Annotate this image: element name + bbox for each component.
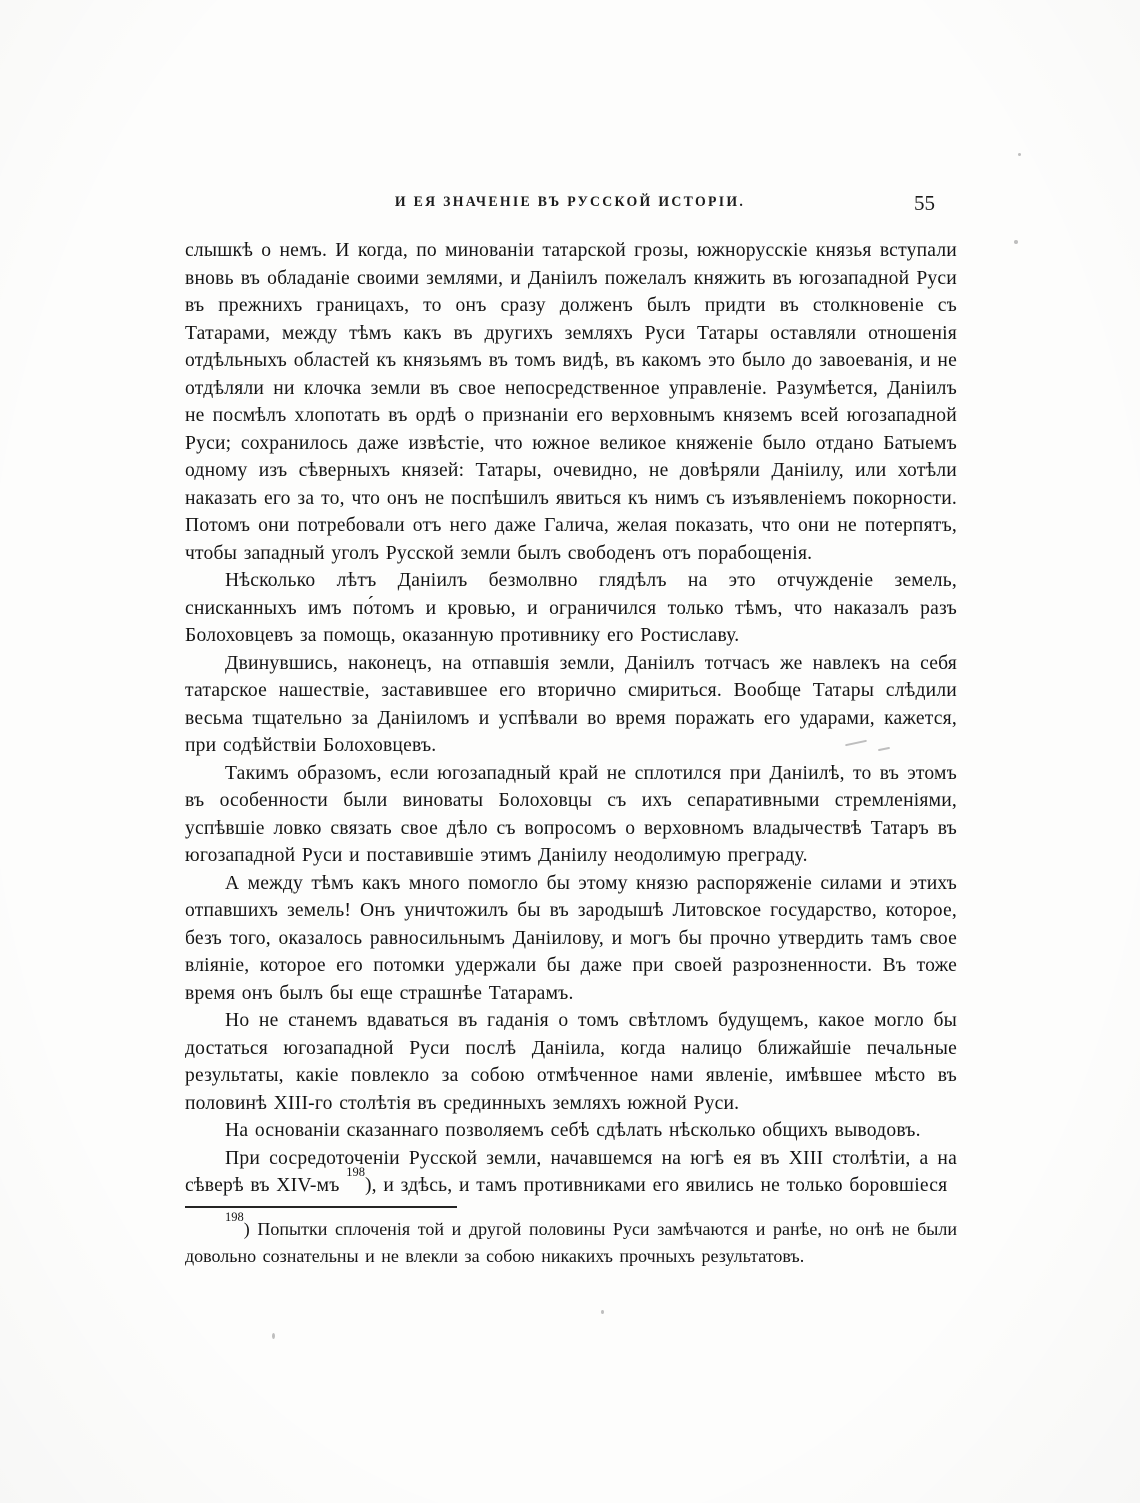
- paragraph-8-text-after-ref: ), и здѣсь, и тамъ противниками его явил…: [365, 1175, 947, 1196]
- footnote-number-mark: 198: [225, 1210, 244, 1224]
- paragraph-2: Нѣсколько лѣтъ Даніилъ безмолвно глядѣлъ…: [185, 567, 957, 650]
- running-title: И ЕЯ ЗНАЧЕНІЕ ВЪ РУССКОЙ ИСТОРІИ.: [216, 194, 924, 211]
- paragraph-4: Такимъ образомъ, если югозападный край н…: [185, 760, 957, 870]
- footnote-reference-mark: 198: [346, 1165, 365, 1179]
- paragraph-1: слышкѣ о немъ. И когда, по минованіи тат…: [185, 237, 957, 567]
- paragraph-5: А между тѣмъ какъ много помогло бы этому…: [185, 870, 957, 1008]
- footnote-divider: [185, 1206, 457, 1208]
- scan-speck: [272, 1333, 275, 1339]
- paragraph-6: Но не станемъ вдаваться въ гаданія о том…: [185, 1007, 957, 1117]
- scan-speck: [601, 1310, 604, 1314]
- footnote-section: 198) Попытки сплоченія той и другой поло…: [185, 1206, 957, 1270]
- paragraph-8: При сосредоточеніи Русской земли, начавш…: [185, 1145, 957, 1200]
- footnote-text: ) Попытки сплоченія той и другой половин…: [185, 1219, 957, 1266]
- body-text: слышкѣ о немъ. И когда, по минованіи тат…: [185, 237, 957, 1200]
- scan-speck: [1014, 240, 1018, 244]
- footnote: 198) Попытки сплоченія той и другой поло…: [185, 1216, 957, 1270]
- scan-speck: [1018, 153, 1021, 156]
- book-page: И ЕЯ ЗНАЧЕНІЕ ВЪ РУССКОЙ ИСТОРІИ. 55 слы…: [0, 0, 1140, 1503]
- paragraph-3: Двинувшись, наконецъ, на отпавшія земли,…: [185, 650, 957, 760]
- paragraph-7: На основаніи сказаннаго позволяемъ себѣ …: [185, 1117, 957, 1145]
- running-header: И ЕЯ ЗНАЧЕНІЕ ВЪ РУССКОЙ ИСТОРІИ. 55: [185, 194, 955, 220]
- page-number: 55: [914, 191, 935, 216]
